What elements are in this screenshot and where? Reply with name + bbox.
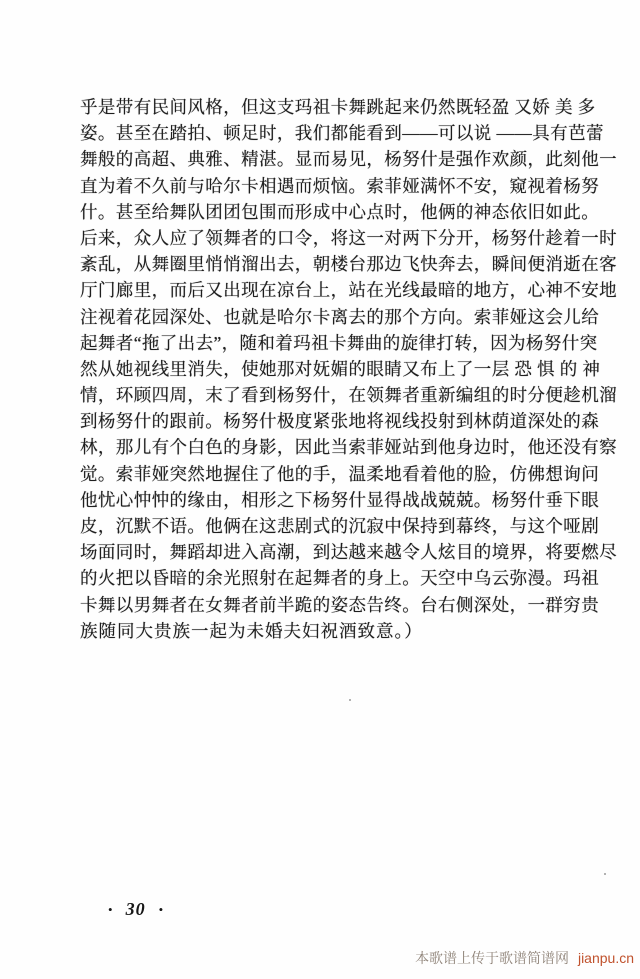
page-number: 30 <box>126 899 146 920</box>
text-line: 什。甚至给舞队团团包围而形成中心点时，他俩的神态依旧如此。 <box>80 199 567 225</box>
page-footer: • 30 • <box>108 899 163 920</box>
footer-bullet-icon: • <box>108 903 113 916</box>
text-line: 皮，沉默不语。他俩在这悲剧式的沉寂中保持到幕终，与这个哑剧 <box>80 513 567 539</box>
watermark-text: 本歌谱上传于歌谱简谱网 <box>415 950 569 966</box>
text-line: 然从她视线里消失，使她那对妩媚的眼睛又布上了一层 恐 惧 的 神 <box>80 356 567 382</box>
scan-speck <box>349 699 351 701</box>
text-line: 乎是带有民间风格，但这支玛祖卡舞跳起来仍然既轻盈 又娇 美 多 <box>80 94 567 120</box>
text-line: 后来，众人应了领舞者的口令，将这一对两下分开，杨努什趁着一时 <box>80 225 567 251</box>
text-line: 卡舞以男舞者在女舞者前半跪的姿态告终。台右侧深处，一群穷贵 <box>80 592 567 618</box>
text-line: 觉。索菲娅突然地握住了他的手，温柔地看着他的脸，仿佛想询问 <box>80 461 567 487</box>
scan-speck <box>604 873 606 875</box>
text-line: 舞般的高超、典雅、精湛。显而易见，杨努什是强作欢颜，此刻他一 <box>80 146 567 172</box>
text-line: 林，那儿有个白色的身影，因此当索菲娅站到他身边时，他还没有察 <box>80 434 567 460</box>
text-line: 族随同大贵族一起为未婚夫妇祝酒致意。） <box>80 618 567 644</box>
text-line: 厅门廊里，而后又出现在凉台上，站在光线最暗的地方，心神不安地 <box>80 277 567 303</box>
text-line: 直为着不久前与哈尔卡相遇而烦恼。索菲娅满怀不安，窥视着杨努 <box>80 173 567 199</box>
text-line: 注视着花园深处、也就是哈尔卡离去的那个方向。索菲娅这会儿给 <box>80 304 567 330</box>
watermark-site-link: jianpu.cn <box>578 950 634 966</box>
footer-bullet-icon: • <box>159 903 164 916</box>
text-line: 到杨努什的跟前。杨努什极度紧张地将视线投射到林荫道深处的森 <box>80 408 567 434</box>
text-line: 起舞者“拖了出去”，随和着玛祖卡舞曲的旋律打转，因为杨努什突 <box>80 330 567 356</box>
text-line: 场面同时，舞蹈却进入高潮，到达越来越令人炫目的境界，将要燃尽 <box>80 539 567 565</box>
text-line: 他忧心忡忡的缘由，相形之下杨努什显得战战兢兢。杨努什垂下眼 <box>80 487 567 513</box>
text-line: 紊乱，从舞圈里悄悄溜出去，朝楼台那边飞快奔去，瞬间便消逝在客 <box>80 251 567 277</box>
scanned-book-page: 乎是带有民间风格，但这支玛祖卡舞跳起来仍然既轻盈 又娇 美 多 姿。甚至在踏拍、… <box>0 0 640 979</box>
text-line: 的火把以昏暗的余光照射在起舞者的身上。天空中乌云弥漫。玛祖 <box>80 565 567 591</box>
text-line: 姿。甚至在踏拍、顿足时，我们都能看到——可以说 ——具有芭蕾 <box>80 120 567 146</box>
body-text-block: 乎是带有民间风格，但这支玛祖卡舞跳起来仍然既轻盈 又娇 美 多 姿。甚至在踏拍、… <box>80 94 567 644</box>
watermark: 本歌谱上传于歌谱简谱网 jianpu.cn <box>415 948 634 968</box>
text-line: 情，环顾四周，末了看到杨努什，在领舞者重新编组的时分便趁机溜 <box>80 382 567 408</box>
